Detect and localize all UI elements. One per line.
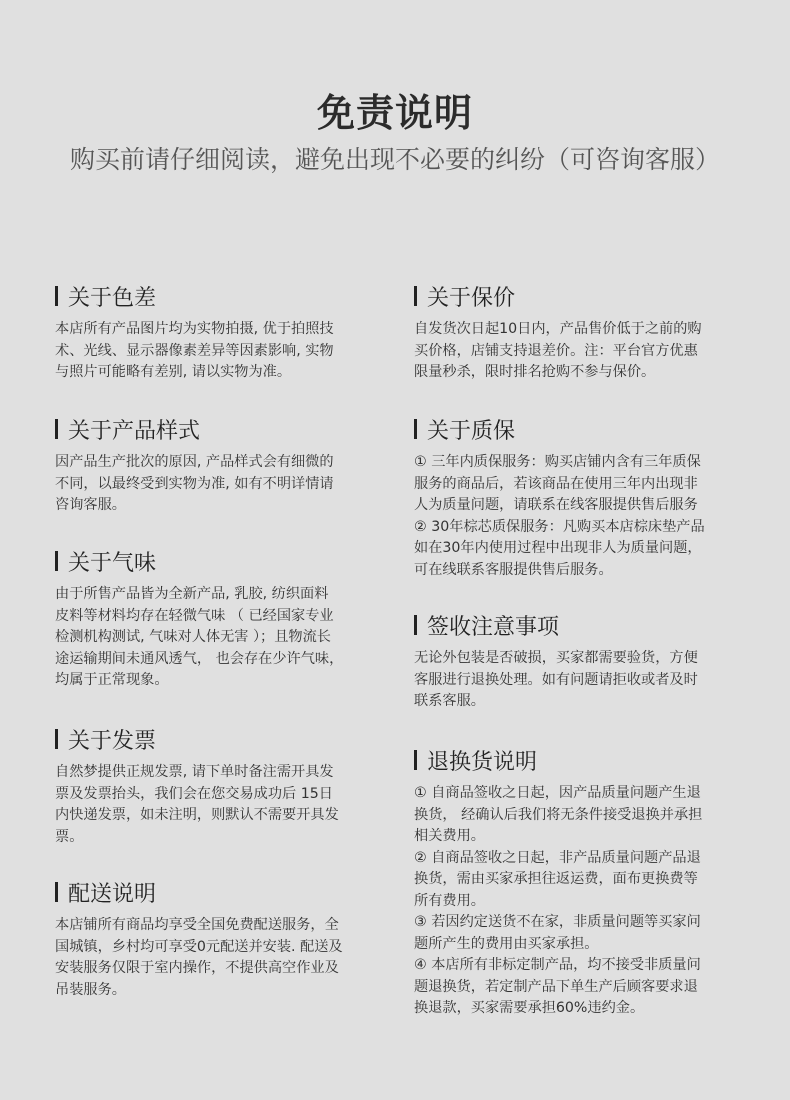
section-product-style: 关于产品样式 因产品生产批次的原因, 产品样式会有细微的 不同，以最终受到实物为…	[55, 414, 385, 517]
section-body: 因产品生产批次的原因, 产品样式会有细微的 不同，以最终受到实物为准, 如有不明…	[55, 452, 385, 517]
heading-bar-icon	[55, 286, 58, 306]
section-returns: 退换货说明 ① 自商品签收之日起，因产品质量问题产生退 换货， 经确认后我们将无…	[414, 745, 744, 1020]
section-warranty: 关于质保 ① 三年内质保服务：购买店铺内含有三年质保 服务的商品后，若该商品在使…	[414, 414, 744, 581]
page-title: 免责说明	[0, 82, 790, 137]
heading-bar-icon	[414, 750, 417, 770]
section-receipt-notes: 签收注意事项 无论外包装是否破损，买家都需要验货，方便 客服进行退换处理。如有问…	[414, 610, 744, 713]
section-heading: 关于色差	[68, 281, 156, 312]
section-body: 无论外包装是否破损，买家都需要验货，方便 客服进行退换处理。如有问题请拒收或者及…	[414, 648, 744, 713]
section-body: 本店所有产品图片均为实物拍摄, 优于拍照技 术、光线、显示器像素差异等因素影响,…	[55, 319, 385, 384]
heading-bar-icon	[55, 551, 58, 571]
section-heading: 关于产品样式	[68, 414, 200, 445]
heading-bar-icon	[55, 729, 58, 749]
section-heading: 关于发票	[68, 724, 156, 755]
heading-bar-icon	[55, 419, 58, 439]
section-color-difference: 关于色差 本店所有产品图片均为实物拍摄, 优于拍照技 术、光线、显示器像素差异等…	[55, 281, 385, 384]
section-heading: 关于气味	[68, 546, 156, 577]
section-odor: 关于气味 由于所售产品皆为全新产品, 乳胶, 纺织面料 皮料等材料均存在轻微气味…	[55, 546, 385, 692]
section-body: 本店铺所有商品均享受全国免费配送服务，全 国城镇，乡村均可享受0元配送并安装. …	[55, 915, 385, 1001]
section-heading: 关于质保	[427, 414, 515, 445]
heading-bar-icon	[414, 419, 417, 439]
section-delivery: 配送说明 本店铺所有商品均享受全国免费配送服务，全 国城镇，乡村均可享受0元配送…	[55, 877, 385, 1001]
section-body: 自发货次日起10日内，产品售价低于之前的购 买价格，店铺支持退差价。注：平台官方…	[414, 319, 744, 384]
section-body: ① 三年内质保服务：购买店铺内含有三年质保 服务的商品后，若该商品在使用三年内出…	[414, 452, 744, 581]
section-body: 自然梦提供正规发票, 请下单时备注需开具发 票及发票抬头，我们会在您交易成功后 …	[55, 762, 385, 848]
heading-bar-icon	[55, 882, 58, 902]
heading-bar-icon	[414, 286, 417, 306]
section-price-protection: 关于保价 自发货次日起10日内，产品售价低于之前的购 买价格，店铺支持退差价。注…	[414, 281, 744, 384]
heading-bar-icon	[414, 615, 417, 635]
section-heading: 签收注意事项	[427, 610, 559, 641]
section-heading: 关于保价	[427, 281, 515, 312]
section-heading: 退换货说明	[427, 745, 537, 776]
section-heading: 配送说明	[68, 877, 156, 908]
section-body: 由于所售产品皆为全新产品, 乳胶, 纺织面料 皮料等材料均存在轻微气味 （ 已经…	[55, 584, 385, 692]
section-invoice: 关于发票 自然梦提供正规发票, 请下单时备注需开具发 票及发票抬头，我们会在您交…	[55, 724, 385, 848]
section-body: ① 自商品签收之日起，因产品质量问题产生退 换货， 经确认后我们将无条件接受退换…	[414, 783, 744, 1020]
page-subtitle: 购买前请仔细阅读，避免出现不必要的纠纷（可咨询客服）	[0, 140, 790, 176]
